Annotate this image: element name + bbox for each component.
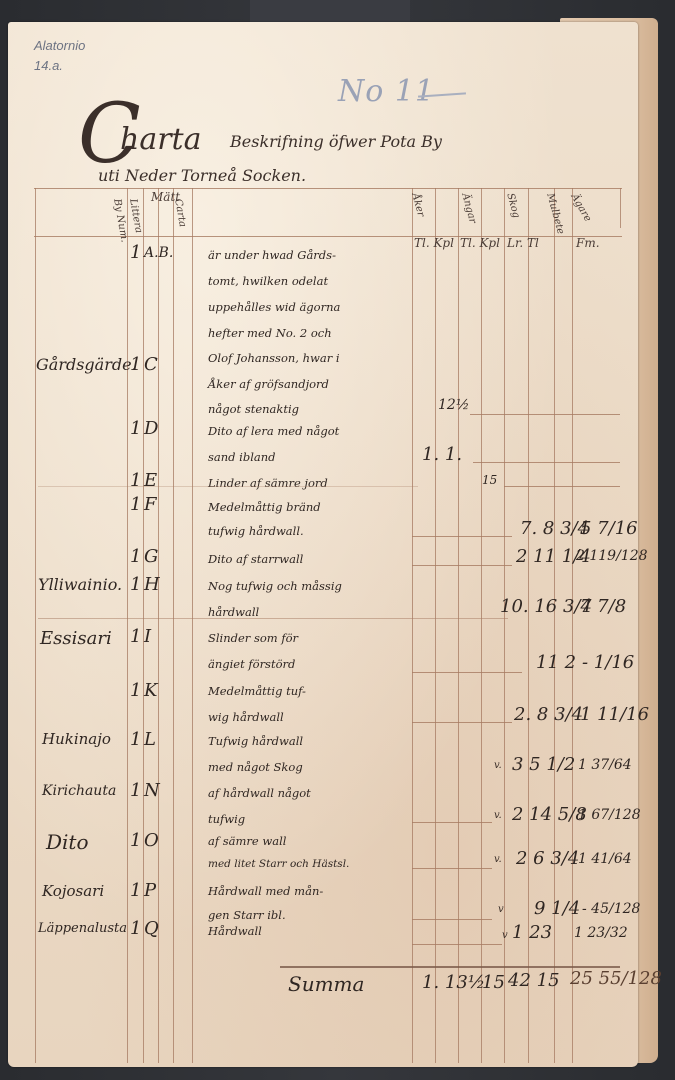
row-v4: - 1/16 (582, 654, 634, 672)
row-desc-line: ängiet förstörd (208, 657, 295, 671)
check-mark: v (502, 930, 508, 941)
row-letter: C (144, 356, 158, 374)
check-mark: v. (494, 810, 502, 821)
row-desc-line: af hårdwall något (208, 786, 311, 800)
row-desc-line: Medelmåttig tuf- (208, 684, 306, 698)
row-v2: 15 (482, 474, 497, 486)
row-v3: 11 2 (536, 654, 576, 672)
row-v3: 1 23 (512, 924, 552, 942)
row-num: 1 (130, 472, 141, 490)
row-place: Essisari (40, 630, 112, 648)
row-num: 1 (130, 628, 141, 646)
row-desc-line: med något Skog (208, 760, 303, 774)
row-desc-line: hårdwall (208, 605, 259, 619)
rule-v1-left (412, 188, 413, 1063)
title-line-2: uti Neder Torneå Socken. (98, 166, 306, 185)
row-desc-line: Linder af sämre jord (208, 476, 328, 490)
header-carta: Carta (172, 198, 188, 228)
row-place: Hukinajo (42, 732, 111, 747)
row-place: Kirichauta (42, 784, 116, 798)
row-letter: L (144, 731, 156, 749)
unit-v1: Tl. Kpl (414, 236, 454, 250)
row-letter: O (144, 832, 159, 850)
row-v3: 9 1/4 (534, 900, 580, 918)
row-desc-line: af sämre wall (208, 834, 286, 848)
row-v3: 7. 8 3/4 (520, 520, 589, 538)
row-letter: G (144, 548, 158, 566)
row-num: 1 (130, 832, 141, 850)
rule-left (35, 188, 36, 1063)
row-desc-line: tufwig (208, 812, 245, 826)
row-desc-line: gen Starr ibl. (208, 908, 286, 922)
row-num: 1 (130, 356, 141, 374)
row-desc-line: Slinder som för (208, 631, 298, 645)
row-desc-line: uppehålles wid ägorna (208, 300, 340, 314)
row-place: Kojosari (42, 884, 104, 899)
row-letter: D (144, 420, 158, 438)
row-num: 1 (130, 244, 141, 262)
row-letter: E (144, 472, 157, 490)
row-v4: - 45/128 (582, 902, 640, 916)
manuscript-page: Alatornio 14.a. No 11 C harta Beskrifnin… (8, 22, 638, 1067)
row-desc-line: Dito af starrwall (208, 552, 303, 566)
row-rule (473, 462, 620, 463)
row-v4: 1 67/128 (578, 808, 641, 822)
archive-place-label: Alatornio (34, 38, 85, 53)
check-mark: v. (494, 854, 502, 865)
row-desc-line: sand ibland (208, 450, 276, 464)
row-v3: 10. 16 3/4 (500, 598, 592, 616)
row-desc-line: Medelmåttig bränd (208, 500, 321, 514)
row-v4: 5 7/16 (580, 520, 638, 538)
row-desc-line: tufwig hårdwall. (208, 524, 304, 538)
row-rule (38, 618, 508, 619)
summa-v1: 1. 13½ (422, 974, 485, 992)
row-letter: I (144, 628, 151, 646)
row-rule (38, 486, 418, 487)
archive-folio-label: 14.a. (34, 58, 63, 73)
row-rule (504, 486, 620, 487)
row-num: 1 (130, 782, 141, 800)
row-num: 1 (130, 420, 141, 438)
unit-v3: Lr. Tl (507, 236, 539, 250)
row-desc-line: med litet Starr och Hästsl. (208, 858, 349, 870)
check-mark: v. (494, 760, 502, 771)
row-letter: F (144, 496, 157, 514)
row-v4: 1 37/64 (578, 758, 632, 772)
table-top-rule (34, 188, 622, 189)
rule-matt (173, 188, 174, 1063)
row-rule (412, 536, 512, 537)
summa-v4: 25 55/128 (570, 970, 662, 988)
row-desc-line: Nog tufwig och måssig (208, 579, 342, 593)
row-num: 1 (130, 548, 141, 566)
row-desc-line: Dito af lera med något (208, 424, 339, 438)
summa-rule (280, 966, 620, 968)
row-desc-line: hefter med No. 2 och (208, 326, 332, 340)
row-num: 1 (130, 496, 141, 514)
row-v1: 1. 1. (422, 446, 462, 464)
row-rule (412, 868, 492, 869)
row-letter: P (144, 882, 156, 900)
row-num: 1 (130, 731, 141, 749)
rule-v5-left (572, 188, 573, 1063)
row-letter: N (144, 782, 160, 800)
rule-v2-left (458, 188, 459, 1063)
row-v3: 3 5 1/2 (512, 756, 575, 774)
row-desc-line: Åker af gröfsandjord (208, 377, 329, 391)
row-rule (412, 944, 502, 945)
row-place: Gårdsgärde. (36, 357, 137, 373)
row-v3: 2 14 5/8 (512, 806, 587, 824)
row-v3: 2. 8 3/4 (514, 706, 583, 724)
row-place: Ylliwainio. (38, 577, 122, 593)
row-desc-line: är under hwad Gårds- (208, 248, 336, 262)
row-v4: 2 119/128 (576, 549, 648, 563)
summa-v3: 42 15 (508, 972, 560, 990)
row-place: Läppenalusta (38, 922, 127, 935)
row-letter: H (144, 576, 160, 594)
row-desc-line: Hårdwall med mån- (208, 884, 323, 898)
row-rule (412, 672, 522, 673)
row-num: 1 (130, 682, 141, 700)
row-num: 1 (130, 576, 141, 594)
row-rule (412, 722, 512, 723)
row-desc-line: Hårdwall (208, 924, 262, 938)
row-letter: K (144, 682, 157, 700)
header-angar: Ängar (459, 192, 478, 225)
row-num: 1 (130, 920, 141, 938)
row-v1: 12½ (438, 398, 469, 412)
rule-right (620, 188, 621, 228)
row-desc-line: något stenaktig (208, 402, 299, 416)
unit-v2: Tl. Kpl (460, 236, 500, 250)
row-rule (412, 822, 492, 823)
title-word: harta (120, 122, 202, 157)
row-v4: 1 23/32 (574, 926, 628, 940)
row-num: 1 (130, 882, 141, 900)
row-v3: 2 6 3/4 (516, 850, 579, 868)
row-letter: A.B. (144, 246, 173, 260)
header-skog: Skog (504, 192, 521, 219)
rule-v1-mid (435, 188, 436, 1063)
rule-place (127, 188, 128, 1063)
row-v4: 1 41/64 (578, 852, 632, 866)
row-place: Dito (46, 832, 89, 852)
title-line-1: Beskrifning öfwer Pota By (230, 132, 442, 151)
row-desc-line: Olof Johansson, hwar i (208, 351, 340, 365)
summa-v2: 15 (482, 974, 505, 992)
row-rule (412, 919, 492, 920)
rule-v2-mid (481, 188, 482, 1063)
check-mark: v (498, 904, 504, 915)
row-letter: Q (144, 920, 159, 938)
pencil-page-number: No 11 (338, 74, 435, 109)
row-desc-line: Tufwig hårdwall (208, 734, 303, 748)
row-desc-line: wig hårdwall (208, 710, 284, 724)
row-v4: 7 7/8 (580, 598, 626, 616)
row-v4: 1 11/16 (580, 706, 649, 724)
row-rule (412, 565, 512, 566)
summa-label: Summa (288, 974, 364, 994)
row-rule (470, 414, 620, 415)
header-mulbete: Mulbete (544, 192, 566, 236)
rule-v4-left (554, 188, 555, 1063)
row-desc-line: tomt, hwilken odelat (208, 274, 328, 288)
unit-v5: Fm. (576, 236, 600, 250)
header-littera: Littera (127, 198, 144, 234)
rule-desc-left (192, 188, 193, 1063)
